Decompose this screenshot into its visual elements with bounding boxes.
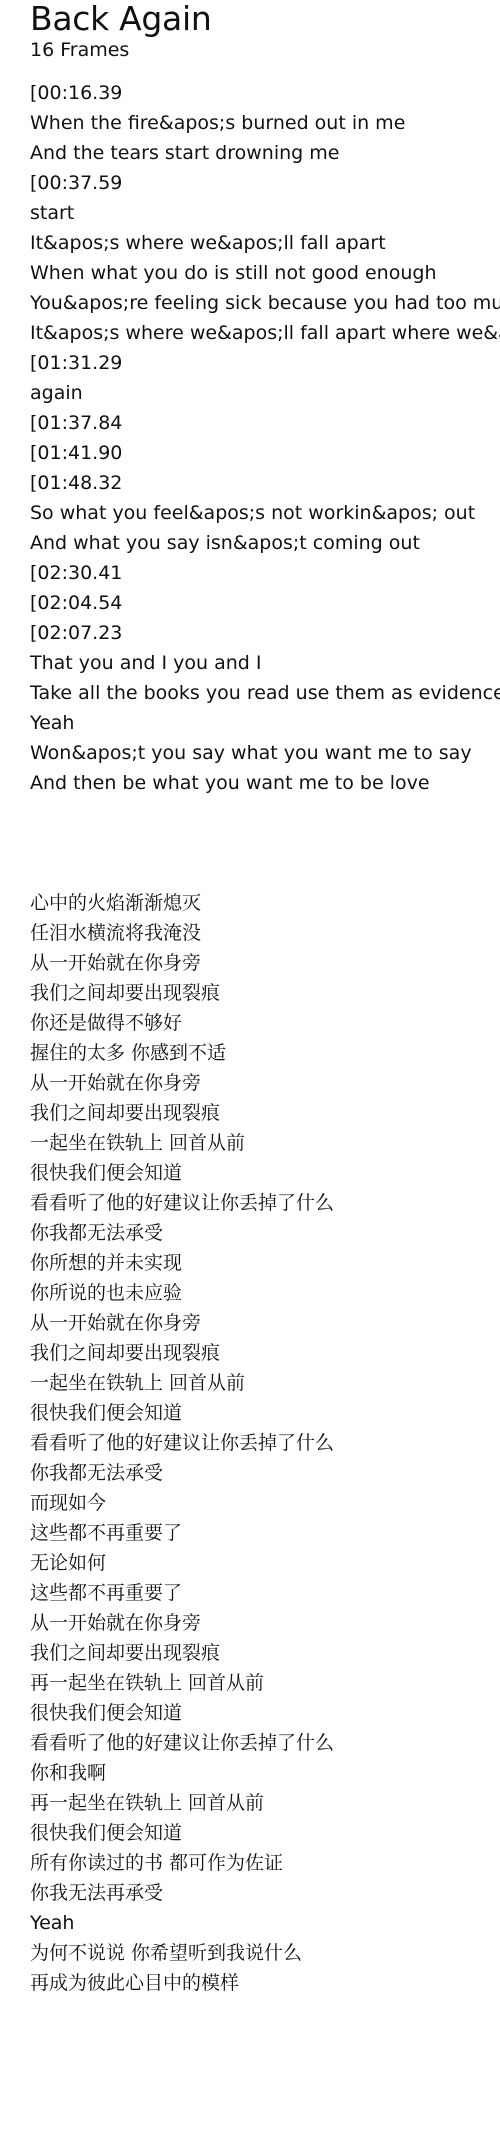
lyric-line: 很快我们便会知道 — [30, 1158, 334, 1188]
lyric-line: And then be what you want me to be love — [30, 768, 500, 798]
lyric-line: So what you feel&apos;s not workin&apos;… — [30, 498, 500, 528]
lyric-line: Yeah — [30, 708, 500, 738]
lyrics-page: Back Again 16 Frames [00:16.39When the f… — [30, 0, 500, 798]
lyric-line: [00:37.59 — [30, 168, 500, 198]
lyric-line: 无论如何 — [30, 1548, 334, 1578]
lyric-line: [01:37.84 — [30, 408, 500, 438]
lyric-line: 这些都不再重要了 — [30, 1518, 334, 1548]
lyric-line: 从一开始就在你身旁 — [30, 1308, 334, 1338]
lyric-line: 看看听了他的好建议让你丢掉了什么 — [30, 1188, 334, 1218]
lyric-line: 从一开始就在你身旁 — [30, 948, 334, 978]
lyric-line: 你所说的也未应验 — [30, 1278, 334, 1308]
song-title: Back Again — [30, 0, 500, 38]
lyric-line: 为何不说说 你希望听到我说什么 — [30, 1938, 334, 1968]
lyric-line: [01:41.90 — [30, 438, 500, 468]
lyric-line: 一起坐在铁轨上 回首从前 — [30, 1368, 334, 1398]
lyric-line: 你还是做得不够好 — [30, 1008, 334, 1038]
lyric-line: 看看听了他的好建议让你丢掉了什么 — [30, 1728, 334, 1758]
lyric-line: 很快我们便会知道 — [30, 1698, 334, 1728]
lyric-line: 任泪水横流将我淹没 — [30, 918, 334, 948]
lyric-line: 我们之间却要出现裂痕 — [30, 978, 334, 1008]
lyric-line: And the tears start drowning me — [30, 138, 500, 168]
lyric-line: 你我无法再承受 — [30, 1878, 334, 1908]
lyric-line: It&apos;s where we&apos;ll fall apart — [30, 228, 500, 258]
lyric-line: 握住的太多 你感到不适 — [30, 1038, 334, 1068]
lyric-line: You&apos;re feeling sick because you had… — [30, 288, 500, 318]
lyric-line: And what you say isn&apos;t coming out — [30, 528, 500, 558]
lyric-line: 看看听了他的好建议让你丢掉了什么 — [30, 1428, 334, 1458]
lyric-line: 再成为彼此心目中的模样 — [30, 1968, 334, 1998]
lyric-line: That you and I you and I — [30, 648, 500, 678]
lyric-line: It&apos;s where we&apos;ll fall apart wh… — [30, 318, 500, 348]
lyric-line: 所有你读过的书 都可作为佐证 — [30, 1848, 334, 1878]
lyric-line: 心中的火焰渐渐熄灭 — [30, 888, 334, 918]
lyric-line: Won&apos;t you say what you want me to s… — [30, 738, 500, 768]
lyric-line: 从一开始就在你身旁 — [30, 1068, 334, 1098]
lyric-line: [02:07.23 — [30, 618, 500, 648]
lyric-line: 而现如今 — [30, 1488, 334, 1518]
lyric-line: 我们之间却要出现裂痕 — [30, 1638, 334, 1668]
lyric-line: 从一开始就在你身旁 — [30, 1608, 334, 1638]
lyric-line: 很快我们便会知道 — [30, 1398, 334, 1428]
lyric-line: 我们之间却要出现裂痕 — [30, 1338, 334, 1368]
lyric-line: [01:31.29 — [30, 348, 500, 378]
lyric-line: [00:16.39 — [30, 78, 500, 108]
lyric-line: 很快我们便会知道 — [30, 1818, 334, 1848]
english-lyrics: [00:16.39When the fire&apos;s burned out… — [30, 78, 500, 798]
chinese-lyrics: 心中的火焰渐渐熄灭任泪水横流将我淹没从一开始就在你身旁我们之间却要出现裂痕你还是… — [30, 888, 334, 1998]
lyric-line: 再一起坐在铁轨上 回首从前 — [30, 1788, 334, 1818]
lyric-line: start — [30, 198, 500, 228]
lyric-line: again — [30, 378, 500, 408]
lyric-line: When what you do is still not good enoug… — [30, 258, 500, 288]
lyric-line: Take all the books you read use them as … — [30, 678, 500, 708]
lyric-line: [02:30.41 — [30, 558, 500, 588]
lyric-line: 我们之间却要出现裂痕 — [30, 1098, 334, 1128]
lyric-line: Yeah — [30, 1908, 334, 1938]
lyric-line: 你我都无法承受 — [30, 1218, 334, 1248]
lyric-line: 你我都无法承受 — [30, 1458, 334, 1488]
lyric-line: 你所想的并未实现 — [30, 1248, 334, 1278]
artist-name: 16 Frames — [30, 38, 500, 62]
lyric-line: 你和我啊 — [30, 1758, 334, 1788]
lyric-line: [01:48.32 — [30, 468, 500, 498]
lyric-line: [02:04.54 — [30, 588, 500, 618]
lyric-line: When the fire&apos;s burned out in me — [30, 108, 500, 138]
lyric-line: 再一起坐在铁轨上 回首从前 — [30, 1668, 334, 1698]
lyric-line: 这些都不再重要了 — [30, 1578, 334, 1608]
lyric-line: 一起坐在铁轨上 回首从前 — [30, 1128, 334, 1158]
